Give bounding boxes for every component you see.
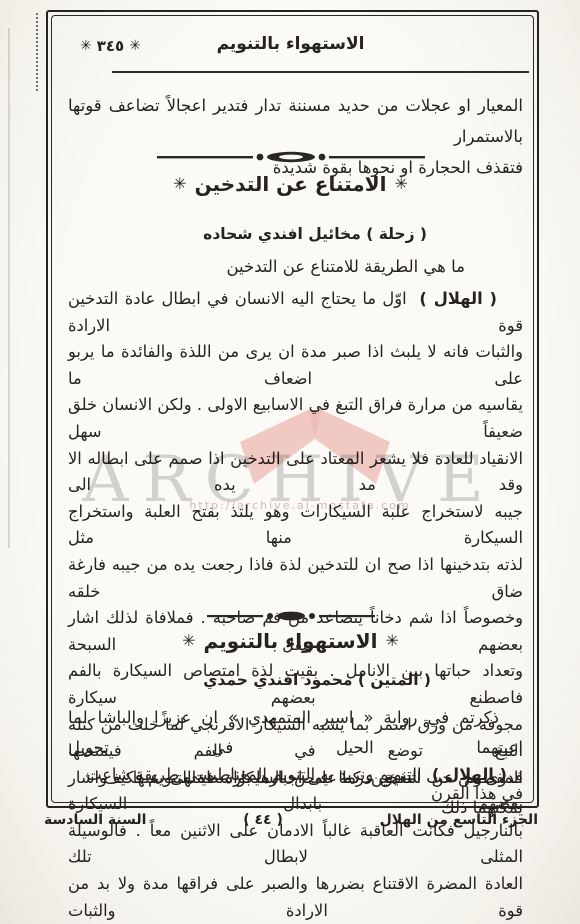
answer-line: بالنارجيل فكانت العاقبة غالباً الادمان ع…: [68, 818, 523, 871]
answer-source-label: ( الهلال ): [419, 289, 497, 308]
dotted-margin-line: [36, 13, 38, 91]
header-rule: [112, 71, 529, 73]
question-line: ذكرتم في رواية « اسير المتمهدي » ان عزيز…: [68, 703, 523, 763]
question-line: ما هي الطريقة للامتناع عن التدخين: [68, 257, 523, 276]
floret-icon: ✳: [174, 631, 203, 650]
floret-icon: ✳: [386, 174, 415, 193]
intro-paragraph: المعيار او عجلات من حديد مسننة تدار فتدي…: [68, 90, 523, 183]
floret-icon: ✳: [165, 174, 194, 193]
floret-icon: ✳: [80, 39, 92, 53]
answer-line: يقاسيه من مرارة فراق التبغ في الاسابيع ا…: [68, 392, 523, 445]
ornamental-divider: [46, 607, 535, 626]
divider-ornament-icon: [157, 150, 425, 164]
floret-icon: ✳: [377, 631, 406, 650]
section-heading-smoking: ✳الامتناع عن التدخين✳: [46, 172, 535, 196]
section-byline: ( زحلة ) مخائيل افندي شحاده: [68, 225, 523, 243]
section-byline: ( المتين ) محمود افندي حمدي: [68, 671, 523, 689]
answer-line: ( الهلال ) اوّل ما يحتاج اليه الانسان في…: [68, 286, 523, 339]
scanned-magazine-page: الاستهواء بالتنويم ✳ ٣٤٥ ✳ المعيار او عج…: [0, 0, 580, 924]
page-number-block: ✳ ٣٤٥ ✳: [80, 37, 141, 55]
question-paragraph: ذكرتم في رواية « اسير المتمهدي » ان عزيز…: [68, 703, 523, 823]
divider-ornament-icon: [207, 610, 375, 622]
answer-source-label: ( الهلال ): [432, 765, 507, 784]
answer-paragraph: ( الهلال ) اوّل ما يحتاج اليه الانسان في…: [68, 286, 523, 924]
ornamental-divider: [46, 149, 535, 168]
page-number: ٣٤٥: [97, 37, 124, 55]
answer-line: والثبات فانه لا يلبث اذا صبر مدة ان يرى …: [68, 339, 523, 392]
answer-line: ( الهلال ) التنويم ونريد به التنويم المغ…: [68, 765, 523, 803]
floret-icon: ✳: [129, 39, 141, 53]
intro-line: المعيار او عجلات من حديد مسننة تدار فتدي…: [68, 90, 523, 152]
page-content: الاستهواء بالتنويم ✳ ٣٤٥ ✳ المعيار او عج…: [46, 10, 535, 804]
scan-edge-artifact: [8, 28, 10, 548]
section-heading-text: الاستهواء بالتنويم: [204, 629, 378, 653]
answer-line: لذته بتدخينها اذا صح ان للتدخين لذة فاذا…: [68, 552, 523, 605]
answer-line: جيبه لاستخراج علبة السيكارات وهو يلتذ بف…: [68, 499, 523, 552]
answer-line: العادة المضرة الاقتناع بضررها والصبر على…: [68, 871, 523, 924]
section-heading-hypnosis: ✳الاستهواء بالتنويم✳: [46, 629, 535, 653]
section-heading-text: الامتناع عن التدخين: [195, 172, 387, 196]
answer-line: الانقياد للعادة فلا يشعر المعتاد على الت…: [68, 446, 523, 499]
